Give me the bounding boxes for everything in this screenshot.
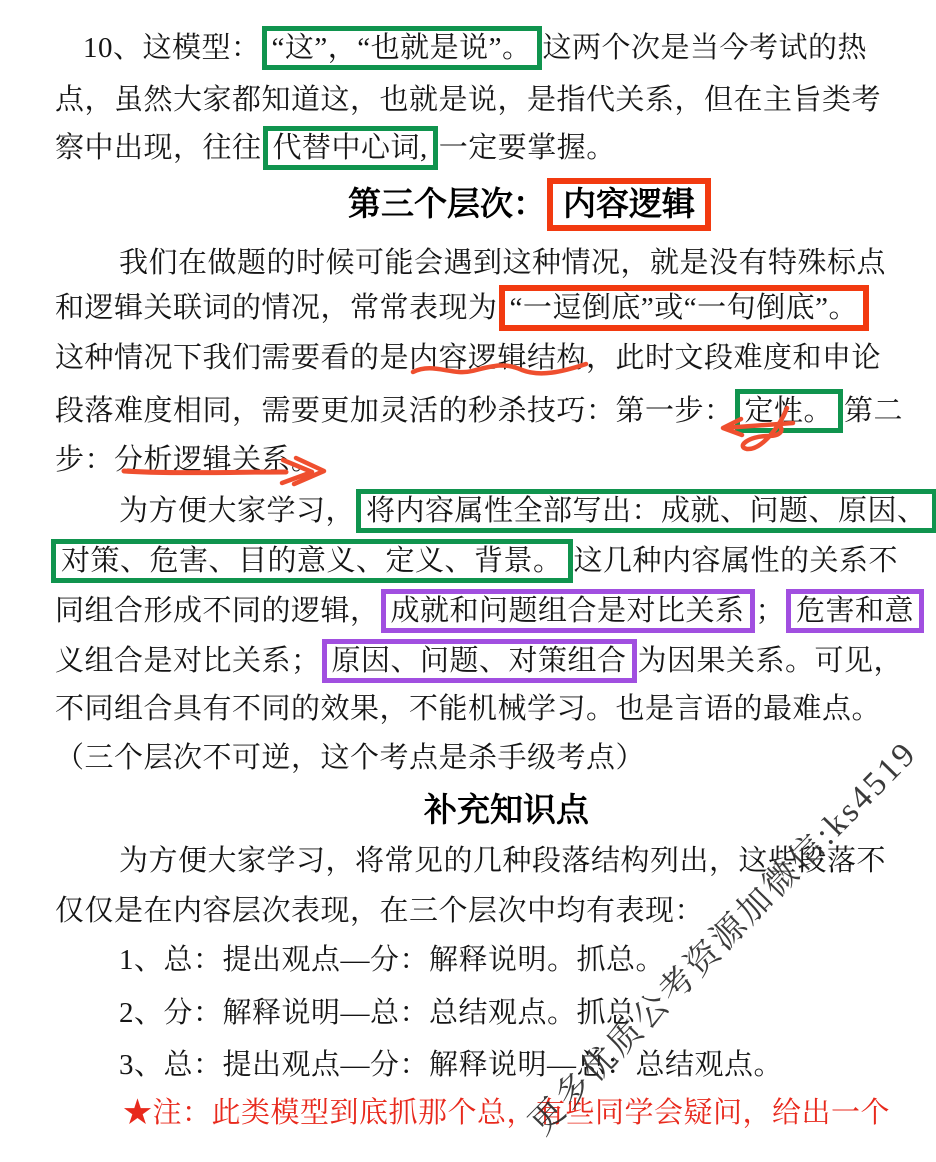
highlight-box-purple: 成就和问题组合是对比关系 — [381, 589, 755, 633]
line-text: 1、总：提出观点—分：解释说明。抓总。 — [119, 944, 665, 976]
line-text: ； — [756, 595, 786, 627]
line-text: （三个层次不可逆，这个考点是杀手级考点） — [55, 742, 645, 774]
line-text: 同组合形成不同的逻辑， — [55, 595, 380, 627]
line-text: 点，虽然大家都知道这，也就是说，是指代关系，但在主旨类考 — [55, 84, 881, 116]
line-text: 和逻辑关联词的情况，常常表现为 — [55, 292, 498, 324]
highlighted-text: 原因、问题、对策组合 — [332, 645, 627, 677]
line-text: 第二 — [844, 395, 903, 427]
paragraph-line: 我们在做题的时候可能会遇到这种情况，就是没有特殊标点 — [55, 240, 886, 281]
line-text: 这几种内容属性的关系不 — [574, 545, 899, 577]
highlight-box-green: “这”，“也就是说”。 — [262, 26, 542, 70]
paragraph-line: 这种情况下我们需要看的是内容逻辑结构，此时文段难度和申论 — [55, 335, 881, 376]
paragraph-line: 为方便大家学习，将内容属性全部写出：成就、问题、原因、 — [55, 488, 936, 533]
line-text: 我们在做题的时候可能会遇到这种情况，就是没有特殊标点 — [119, 247, 886, 279]
highlight-box-red: “一逗倒底”或“一句倒底”。 — [499, 285, 870, 331]
paragraph-line: 步：分析逻辑关系。 — [55, 437, 321, 478]
paragraph-line: （三个层次不可逆，这个考点是杀手级考点） — [55, 735, 645, 776]
highlighted-text: “一逗倒底”或“一句倒底”。 — [510, 292, 859, 324]
highlight-box-purple: 原因、问题、对策组合 — [322, 639, 637, 683]
line-text: 步：分析逻辑关系。 — [55, 444, 321, 476]
note-text: ★注：此类模型到底抓那个总，有些同学会疑问，给出一个 — [123, 1097, 890, 1129]
paragraph-line: 同组合形成不同的逻辑，成就和问题组合是对比关系；危害和意 — [55, 588, 925, 633]
highlighted-text: 成就和问题组合是对比关系 — [391, 595, 745, 627]
list-item: 1、总：提出观点—分：解释说明。抓总。 — [55, 937, 665, 978]
line-text: 仅仅是在内容层次表现，在三个层次中均有表现： — [55, 895, 704, 927]
note-line: ★注：此类模型到底抓那个总，有些同学会疑问，给出一个 — [55, 1090, 890, 1131]
paragraph-line: 段落难度相同，需要更加灵活的秒杀技巧：第一步：定性。第二 — [55, 388, 903, 433]
heading-text: 补充知识点 — [424, 791, 589, 828]
list-item: 3、总：提出观点—分：解释说明—总：总结观点。 — [55, 1042, 783, 1083]
highlight-box-red: 内容逻辑 — [547, 178, 711, 231]
highlighted-text: 内容逻辑 — [563, 185, 695, 222]
line-text: 2、分：解释说明—总：总结观点。抓总 — [119, 997, 636, 1029]
paragraph-line: 10、这模型：“这”，“也就是说”。这两个次是当今考试的热 — [55, 25, 867, 70]
section-heading: 补充知识点 — [424, 784, 589, 831]
line-text: 这种情况下我们需要看的是内容逻辑结构，此时文段难度和申论 — [55, 342, 881, 374]
paragraph-line: 点，虽然大家都知道这，也就是说，是指代关系，但在主旨类考 — [55, 77, 881, 118]
highlighted-text: 定性。 — [745, 395, 834, 427]
line-text: 这两个次是当今考试的热 — [543, 32, 868, 64]
paragraph-line: 义组合是对比关系；原因、问题、对策组合为因果关系。可见， — [55, 638, 903, 683]
paragraph-line: 察中出现，往往代替中心词,一定要掌握。 — [55, 125, 616, 170]
highlighted-text: 代替中心词, — [273, 132, 428, 164]
heading-text: 第三个层次： — [348, 185, 546, 222]
line-text: 为因果关系。可见， — [638, 645, 904, 677]
highlight-box-green: 代替中心词, — [263, 126, 438, 170]
highlight-box-green: 将内容属性全部写出：成就、问题、原因、 — [356, 489, 936, 533]
line-text: 一定要掌握。 — [439, 132, 616, 164]
paragraph-line: 对策、危害、目的意义、定义、背景。这几种内容属性的关系不 — [50, 538, 898, 583]
line-text: 义组合是对比关系； — [55, 645, 321, 677]
line-text: 3、总：提出观点—分：解释说明—总：总结观点。 — [119, 1049, 783, 1081]
paragraph-line: 仅仅是在内容层次表现，在三个层次中均有表现： — [55, 888, 704, 929]
highlighted-text: 将内容属性全部写出：成就、问题、原因、 — [366, 495, 927, 527]
line-text: 段落难度相同，需要更加灵活的秒杀技巧：第一步： — [55, 395, 734, 427]
highlighted-text: 危害和意 — [796, 595, 914, 627]
highlighted-text: 对策、危害、目的意义、定义、背景。 — [61, 545, 563, 577]
highlight-box-green: 定性。 — [735, 389, 844, 433]
line-text: 为方便大家学习， — [119, 495, 355, 527]
line-text: 察中出现，往往 — [55, 132, 262, 164]
highlighted-text: “这”，“也就是说”。 — [272, 32, 532, 64]
document-page: 10、这模型：“这”，“也就是说”。这两个次是当今考试的热 点，虽然大家都知道这… — [0, 0, 936, 1162]
list-item: 2、分：解释说明—总：总结观点。抓总 — [55, 990, 636, 1031]
line-text: 10、这模型： — [83, 32, 261, 64]
highlight-box-purple: 危害和意 — [786, 589, 924, 633]
paragraph-line: 不同组合具有不同的效果，不能机械学习。也是言语的最难点。 — [55, 686, 881, 727]
line-text: 不同组合具有不同的效果，不能机械学习。也是言语的最难点。 — [55, 693, 881, 725]
section-heading: 第三个层次：内容逻辑 — [348, 178, 712, 231]
highlight-box-green: 对策、危害、目的意义、定义、背景。 — [51, 539, 573, 583]
paragraph-line: 和逻辑关联词的情况，常常表现为“一逗倒底”或“一句倒底”。 — [55, 285, 870, 331]
